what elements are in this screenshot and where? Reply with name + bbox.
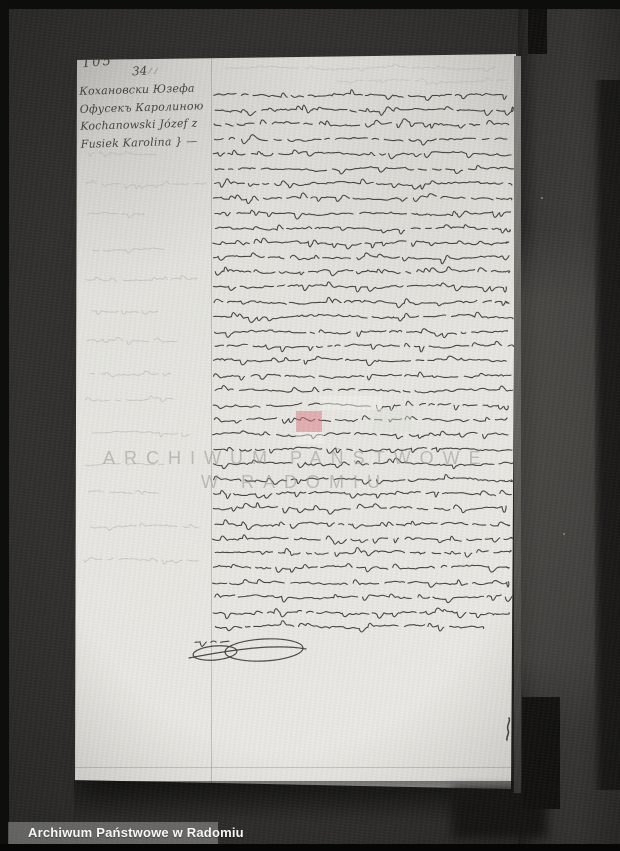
book-spine-midtone — [521, 230, 595, 730]
gutter-shadow-bottom — [522, 697, 560, 809]
scan-artifact-patch — [372, 409, 412, 432]
page-stack-edge — [514, 56, 521, 793]
archive-name-stamp: Archiwum Państwowe w Radomiu — [8, 822, 218, 844]
photo-border-left — [0, 0, 9, 851]
dust-speck — [563, 533, 565, 535]
scan-artifact-patch — [296, 432, 324, 444]
dust-speck — [541, 197, 543, 199]
archival-scan-photo: 105 34 Кохановски Юзефа Офусекъ Каролино… — [0, 0, 620, 851]
book-spine-dark-edge — [593, 80, 620, 790]
archive-name-label: Archiwum Państwowe w Radomiu — [8, 822, 218, 844]
photo-border-top — [0, 0, 620, 9]
pink-highlight-mark — [296, 411, 322, 432]
dust-speck — [150, 697, 152, 699]
photo-border-bottom — [0, 844, 620, 851]
scan-artifact-patch — [320, 396, 382, 410]
manuscript-page: 105 34 Кохановски Юзефа Офусекъ Каролино… — [75, 54, 517, 791]
